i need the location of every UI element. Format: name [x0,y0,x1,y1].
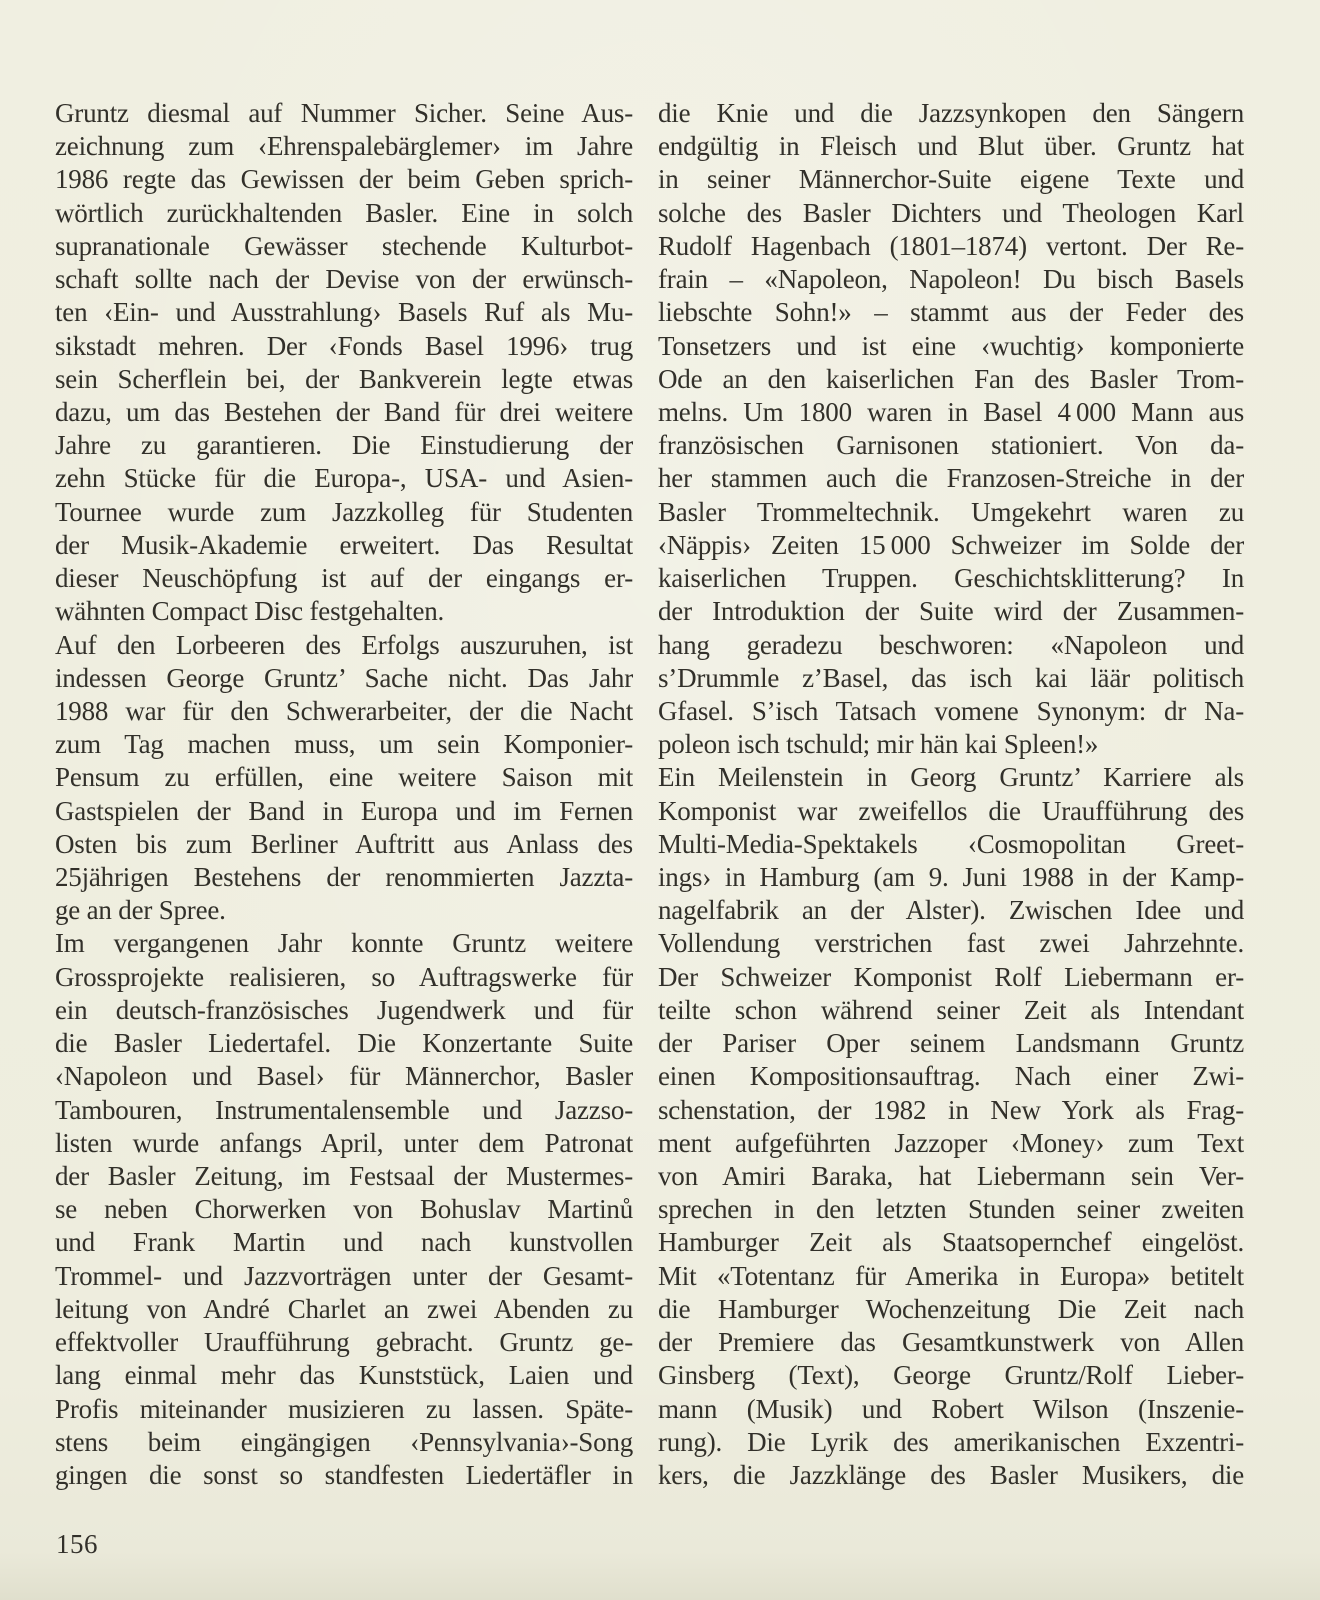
text-line: gingen die sonst so standfesten Liedertä… [55,1459,633,1492]
text-line: der Basler Zeitung, im Festsaal der Must… [55,1160,633,1193]
text-line: indessen George Gruntz’ Sache nicht. Das… [55,662,633,695]
text-line: der Pariser Oper seinem Landsmann Gruntz [658,1027,1244,1060]
text-line: frain – «Napoleon, Napoleon! Du bisch Ba… [658,263,1244,296]
text-line: und Frank Martin und nach kunstvollen [55,1226,633,1259]
text-line: solche des Basler Dichters und Theologen… [658,197,1244,230]
text-line: listen wurde anfangs April, unter dem Pa… [55,1127,633,1160]
text-line: zum Tag machen muss, um sein Komponier- [55,728,633,761]
text-line: schaft sollte nach der Devise von der er… [55,263,633,296]
text-line: s’Drummle z’Basel, das isch kai läär pol… [658,662,1244,695]
text-line: ten ‹Ein- und Ausstrahlung› Basels Ruf a… [55,296,633,329]
text-line: liebschte Sohn!» – stammt aus der Feder … [658,296,1244,329]
text-line: Osten bis zum Berliner Auftritt aus Anla… [55,828,633,861]
text-line: Tournee wurde zum Jazzkolleg für Student… [55,496,633,529]
text-line: dieser Neuschöpfung ist auf der eingangs… [55,562,633,595]
text-line: Pensum zu erfüllen, eine weitere Saison … [55,761,633,794]
text-line: Komponist war zweifellos die Uraufführun… [658,795,1244,828]
text-line: Jahre zu garantieren. Die Einstudierung … [55,429,633,462]
text-line: Vollendung verstrichen fast zwei Jahrzeh… [658,927,1244,960]
text-line: Gfasel. S’isch Tatsach vomene Synonym: d… [658,695,1244,728]
text-line: supranationale Gewässer stechende Kultur… [55,230,633,263]
text-line: Hamburger Zeit als Staatsopernchef einge… [658,1226,1244,1259]
text-line: sikstadt mehren. Der ‹Fonds Basel 1996› … [55,330,633,363]
text-line: Tonsetzers und ist eine ‹wuchtig› kompon… [658,330,1244,363]
text-line: Im vergangenen Jahr konnte Gruntz weiter… [55,927,633,960]
text-line: der Introduktion der Suite wird der Zusa… [658,595,1244,628]
text-line: der Musik-Akademie erweitert. Das Result… [55,529,633,562]
text-line: Rudolf Hagenbach (1801–1874) vertont. De… [658,230,1244,263]
text-line: Der Schweizer Komponist Rolf Liebermann … [658,961,1244,994]
text-line: sein Scherflein bei, der Bankverein legt… [55,363,633,396]
text-line: 1988 war für den Schwerarbeiter, der die… [55,695,633,728]
text-line: nagelfabrik an der Alster). Zwischen Ide… [658,894,1244,927]
text-line: leitung von André Charlet an zwei Abende… [55,1293,633,1326]
text-line: Ein Meilenstein in Georg Gruntz’ Karrier… [658,761,1244,794]
text-line: melns. Um 1800 waren in Basel 4 000 Mann… [658,396,1244,429]
text-line: lang einmal mehr das Kunststück, Laien u… [55,1359,633,1392]
text-line: Grossprojekte realisieren, so Auftragswe… [55,961,633,994]
text-line: her stammen auch die Franzosen-Streiche … [658,462,1244,495]
text-line: Ode an den kaiserlichen Fan des Basler T… [658,363,1244,396]
text-line: 1986 regte das Gewissen der beim Geben s… [55,163,633,196]
text-line: wähnten Compact Disc festgehalten. [55,595,633,628]
text-line: se neben Chorwerken von Bohuslav Martinů [55,1193,633,1226]
text-line: endgültig in Fleisch und Blut über. Grun… [658,130,1244,163]
text-line: mann (Musik) und Robert Wilson (Inszenie… [658,1393,1244,1426]
text-line: von Amiri Baraka, hat Liebermann sein Ve… [658,1160,1244,1193]
text-line: schenstation, der 1982 in New York als F… [658,1094,1244,1127]
text-line: Trommel- und Jazzvorträgen unter der Ges… [55,1260,633,1293]
text-line: die Hamburger Wochenzeitung Die Zeit nac… [658,1293,1244,1326]
text-line: Tambouren, Instrumentalensemble und Jazz… [55,1094,633,1127]
text-line: in seiner Männerchor-Suite eigene Texte … [658,163,1244,196]
text-line: zeichnung zum ‹Ehrenspalebärglemer› im J… [55,130,633,163]
text-line: dazu, um das Bestehen der Band für drei … [55,396,633,429]
text-line: der Premiere das Gesamtkunstwerk von All… [658,1326,1244,1359]
text-line: wörtlich zurückhaltenden Basler. Eine in… [55,197,633,230]
text-line: ‹Napoleon und Basel› für Männerchor, Bas… [55,1060,633,1093]
text-line: französischen Garnisonen stationiert. Vo… [658,429,1244,462]
text-line: Basler Trommeltechnik. Umgekehrt waren z… [658,496,1244,529]
text-line: die Basler Liedertafel. Die Konzertante … [55,1027,633,1060]
text-line: Ginsberg (Text), George Gruntz/Rolf Lieb… [658,1359,1244,1392]
text-line: Auf den Lorbeeren des Erfolgs auszuruhen… [55,629,633,662]
text-column-left: Gruntz diesmal auf Nummer Sicher. Seine … [55,97,633,1492]
text-line: Profis miteinander musizieren zu lassen.… [55,1393,633,1426]
text-line: kers, die Jazzklänge des Basler Musikers… [658,1459,1244,1492]
text-line: teilte schon während seiner Zeit als Int… [658,994,1244,1027]
text-line: Mit «Totentanz für Amerika in Europa» be… [658,1260,1244,1293]
text-line: poleon isch tschuld; mir hän kai Spleen!… [658,728,1244,761]
text-line: Gruntz diesmal auf Nummer Sicher. Seine … [55,97,633,130]
text-line: hang geradezu beschworen: «Napoleon und [658,629,1244,662]
text-line: ings› in Hamburg (am 9. Juni 1988 in der… [658,861,1244,894]
text-line: sprechen in den letzten Stunden seiner z… [658,1193,1244,1226]
page-number: 156 [56,1531,98,1558]
text-line: rung). Die Lyrik des amerikanischen Exze… [658,1426,1244,1459]
text-line: ‹Näppis› Zeiten 15 000 Schweizer im Sold… [658,529,1244,562]
text-line: ge an der Spree. [55,894,633,927]
text-column-right: die Knie und die Jazzsynkopen den Sänger… [658,97,1244,1492]
text-line: ment aufgeführten Jazzoper ‹Money› zum T… [658,1127,1244,1160]
text-line: Multi-Media-Spektakels ‹Cosmopolitan Gre… [658,828,1244,861]
text-line: zehn Stücke für die Europa-, USA- und As… [55,462,633,495]
text-line: ein deutsch-französisches Jugendwerk und… [55,994,633,1027]
text-line: stens beim eingängigen ‹Pennsylvania›-So… [55,1426,633,1459]
text-line: kaiserlichen Truppen. Geschichtsklitteru… [658,562,1244,595]
text-line: effektvoller Uraufführung gebracht. Grun… [55,1326,633,1359]
text-line: 25jährigen Bestehens der renommierten Ja… [55,861,633,894]
text-line: einen Kompositionsauftrag. Nach einer Zw… [658,1060,1244,1093]
text-line: Gastspielen der Band in Europa und im Fe… [55,795,633,828]
text-line: die Knie und die Jazzsynkopen den Sänger… [658,97,1244,130]
scanned-book-page: Gruntz diesmal auf Nummer Sicher. Seine … [0,0,1320,1600]
